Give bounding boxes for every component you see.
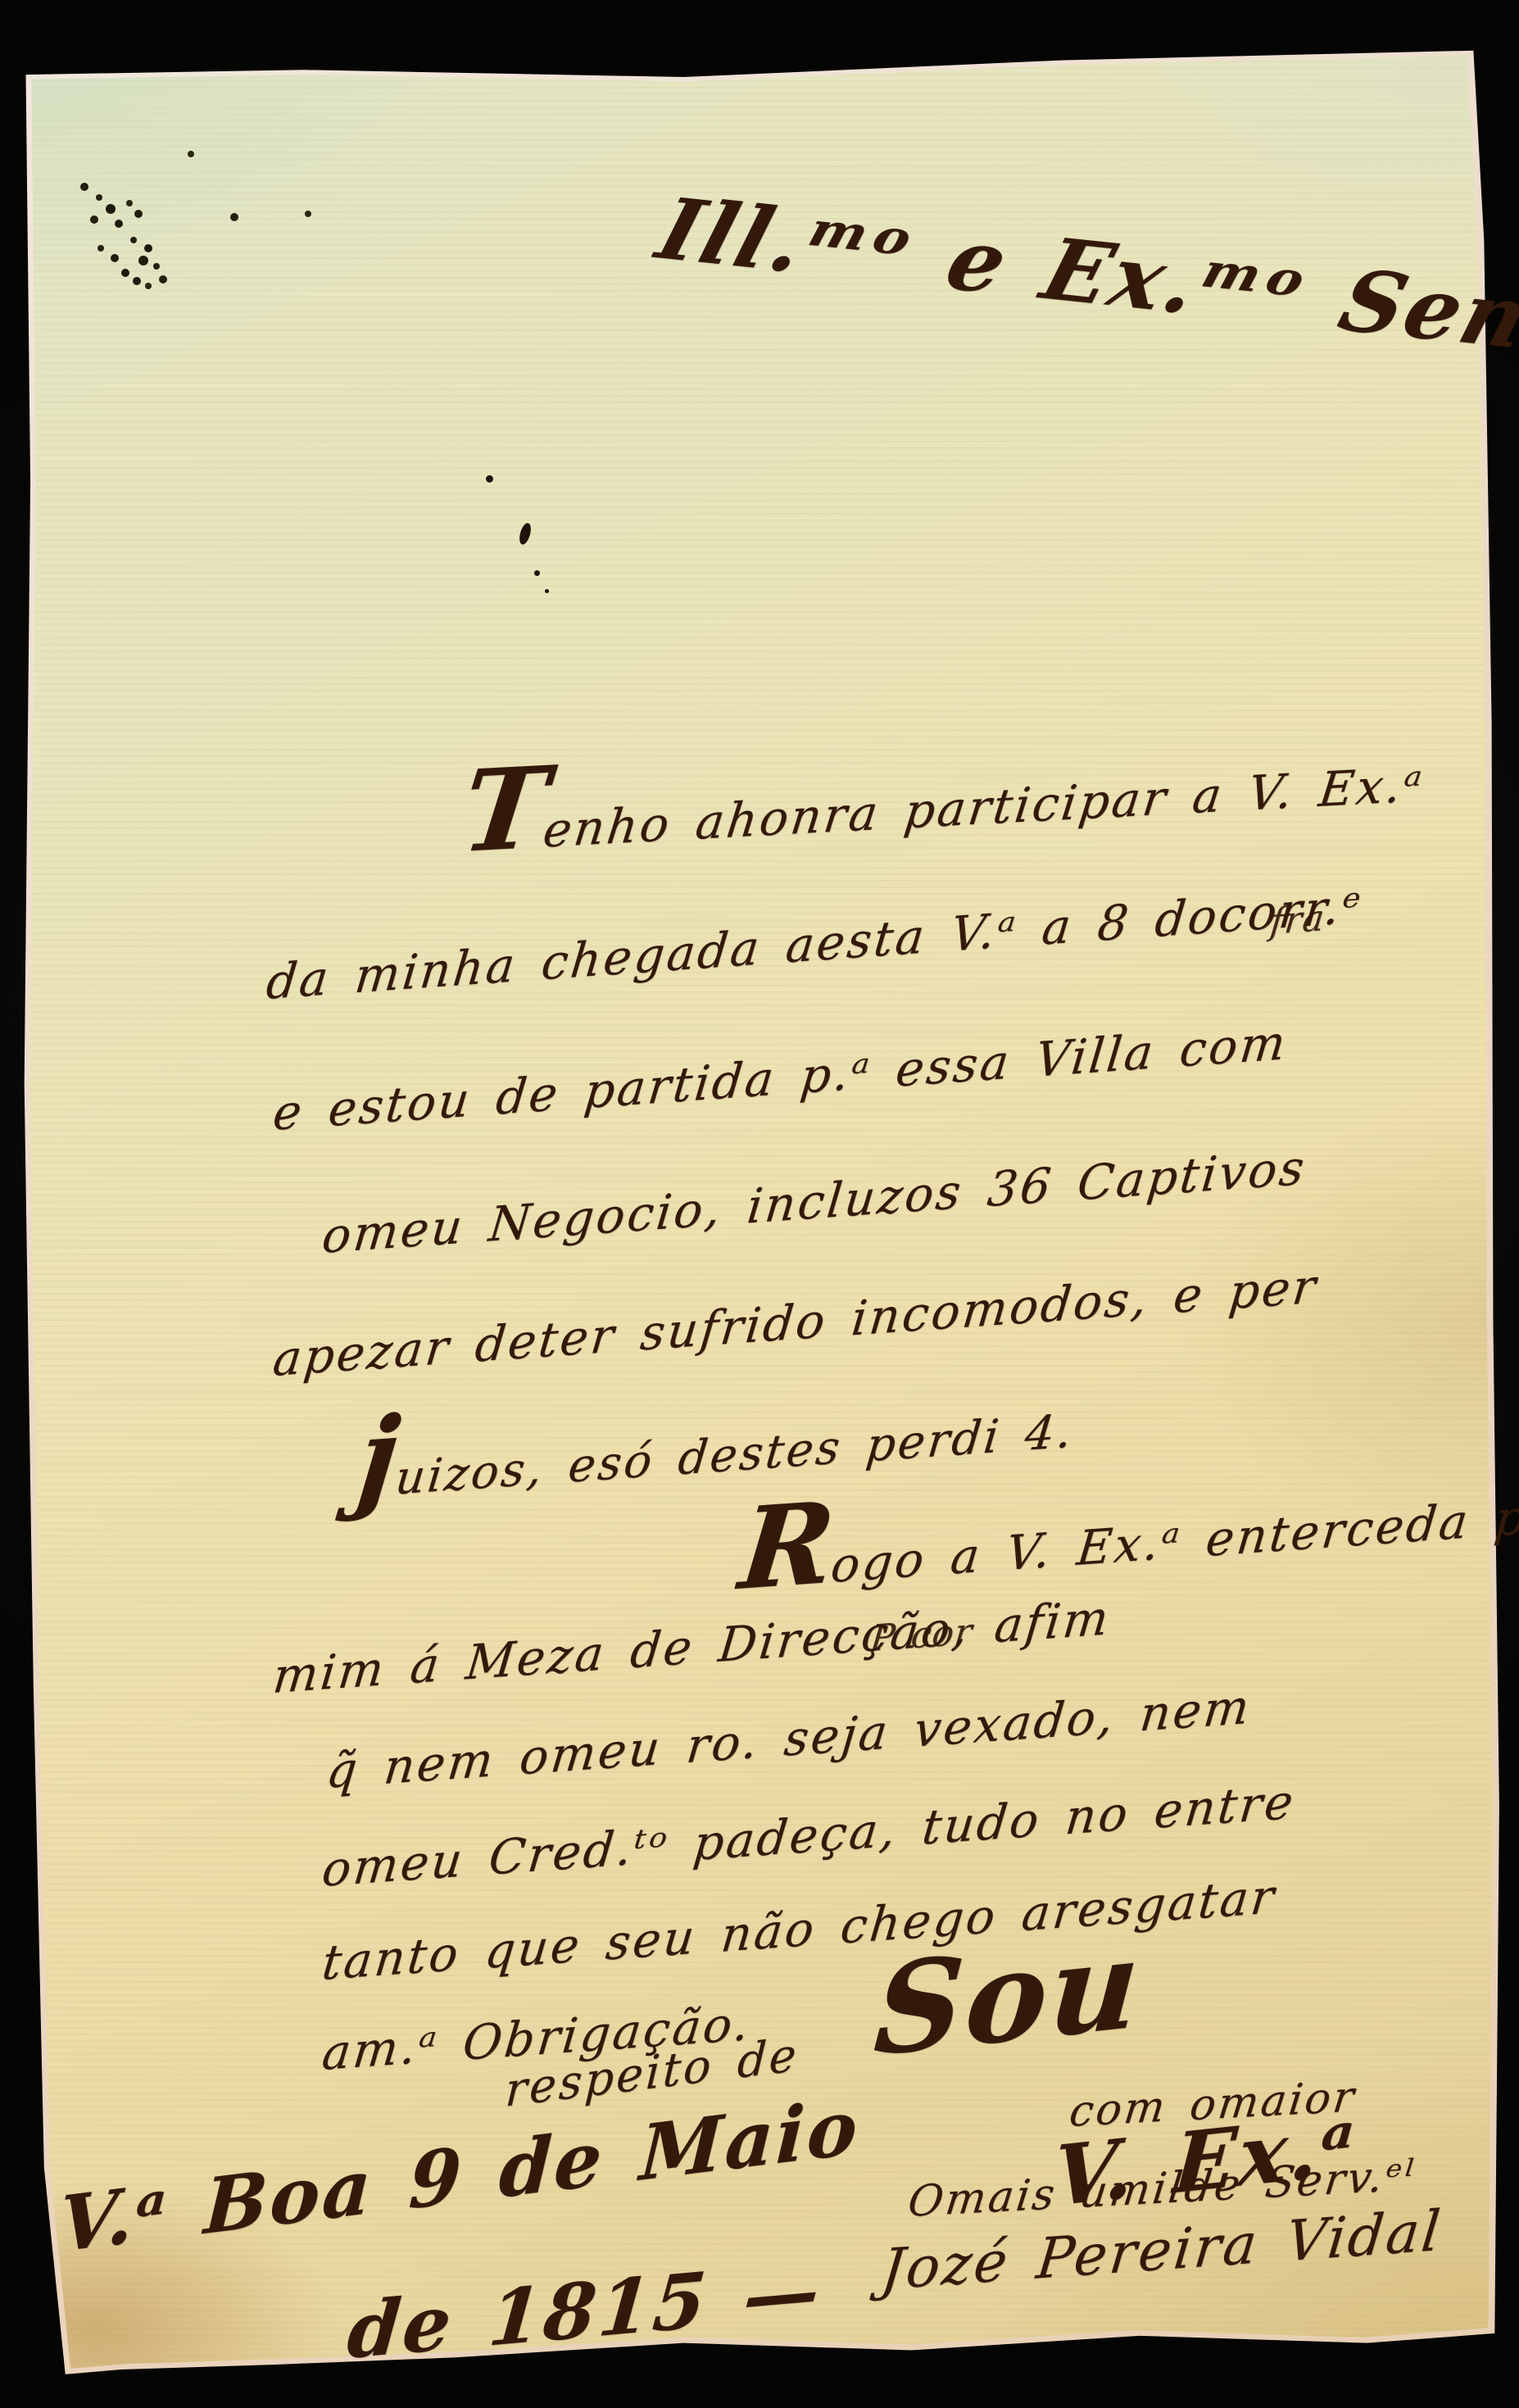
interlinear-insertion-1: fra xyxy=(1268,897,1327,943)
ink-blot xyxy=(545,589,549,593)
ink-blot xyxy=(534,570,540,576)
ink-speckles xyxy=(0,0,5,5)
ink-blot xyxy=(486,475,493,483)
interlinear-insertion-2: P cor xyxy=(868,1611,975,1660)
closing-sou-flourish: Sou xyxy=(870,1911,1146,2084)
photograph-background: Ill.ᵐᵒ e Ex.ᵐᵒ Senr. Tenho ahonra partic… xyxy=(0,0,1519,2408)
